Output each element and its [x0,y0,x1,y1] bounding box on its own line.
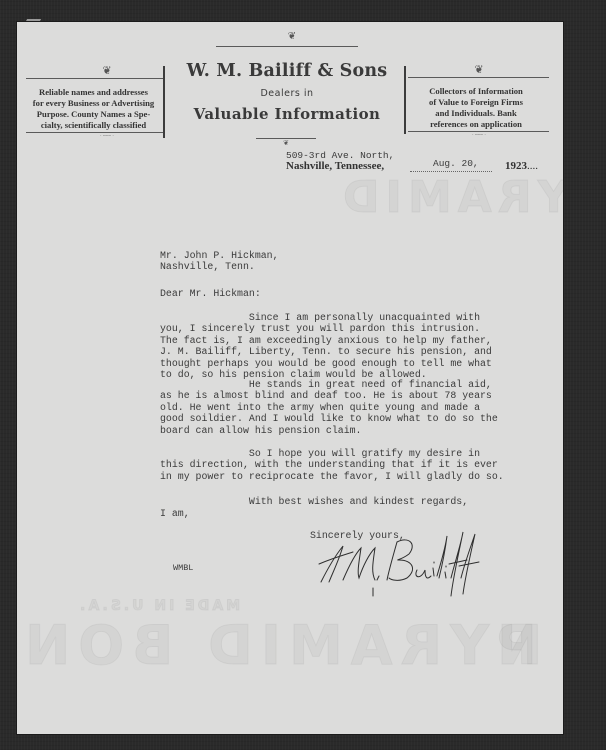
date-month-day: Aug. 20, [433,158,479,169]
firm-tagline-large: Valuable Information [167,105,407,123]
body-paragraph-3: So I hope you will gratify my desire in … [160,448,504,482]
watermark-top: PYRAMID [337,172,563,223]
top-center-rule [216,46,358,47]
closing-line: With best wishes and kindest regards, [160,496,468,507]
watermark-small: MADE IN U.S.A. [77,598,240,614]
firm-name: W. M. Bailiff & Sons [167,61,407,81]
ornament-icon: ❦ [262,32,322,42]
signature: W. M. Bailiff [313,522,483,597]
left-box-text: Reliable names and addresses for every B… [27,87,160,131]
body-paragraph-2: He stands in great need of financial aid… [160,379,498,436]
ornament-icon: ❦ [266,140,306,147]
letter-page: PYRAMID MADE IN U.S.A. PYRAMID BON N ❦ ❦… [17,22,563,734]
i-am-line: I am, [160,508,190,519]
typist-initials: WMBL [173,563,193,574]
right-box-top-rule [408,77,549,78]
ornament-icon: ❦ [87,66,127,77]
left-box-bottom-rule [26,132,164,133]
city-state: Nashville, Tennessee, [286,160,384,172]
watermark-bottom: PYRAMID BON [17,614,537,677]
small-ornament-icon: · ~~~ · [87,134,127,139]
firm-tagline-small: Dealers in [167,88,407,99]
small-ornament-icon: · ~~~ · [459,133,499,138]
inside-address: Mr. John P. Hickman, Nashville, Tenn. [160,250,279,273]
date-year-dots: .... [527,160,538,172]
left-divider [163,66,165,138]
right-divider [404,66,406,134]
right-box-text: Collectors of Information of Value to Fo… [408,86,544,130]
date-year: 1923 [505,160,527,172]
right-box-bottom-rule [408,131,549,132]
ornament-icon: ❦ [459,65,499,76]
left-box-top-rule [26,78,164,79]
body-paragraph-1: Since I am personally unacquainted with … [160,312,492,380]
watermark-bottom-right: N [497,614,542,677]
salutation: Dear Mr. Hickman: [160,288,261,299]
